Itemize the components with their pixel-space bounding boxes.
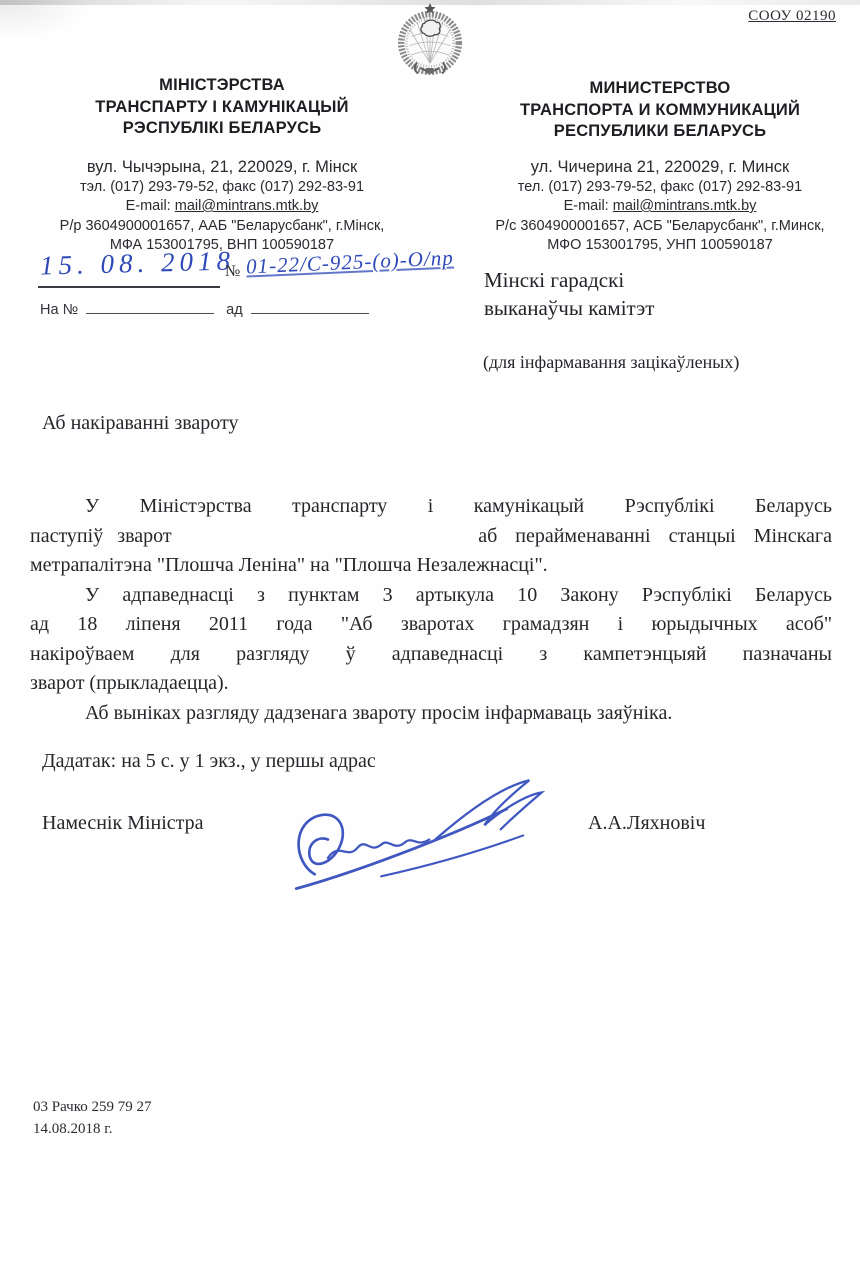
address-line: вул. Чычэрына, 21, 220029, г. Мінск	[52, 157, 392, 178]
scanned-letter-page: СООУ 02190 МІНІСТЭРСТВА ТРАНСПАРТУ І К	[0, 0, 860, 1280]
email-label: E-mail:	[564, 198, 613, 214]
body-line: накіроўваем для разгляду ў адпаведнасці …	[30, 640, 832, 670]
executor-footer: 03 Рачко 259 79 27 14.08.2018 г.	[33, 1096, 151, 1140]
address-line: ул. Чичерина 21, 220029, г. Минск	[478, 157, 842, 178]
ministry-line: МИНИСТЕРСТВО	[478, 78, 842, 100]
addressee-block: Мінскі гарадскі выканаўчы камітэт	[484, 266, 844, 322]
ministry-name-belarusian: МІНІСТЭРСТВА ТРАНСПАРТУ І КАМУНІКАЦЫЙ РЭ…	[52, 75, 392, 140]
email-label: E-mail:	[126, 198, 175, 214]
addressee-line: Мінскі гарадскі	[484, 266, 844, 294]
incoming-date-blank	[251, 300, 369, 314]
email-line: E-mail: mail@mintrans.mtk.by	[52, 197, 392, 217]
scan-artifact-corner	[0, 0, 90, 40]
email-address: mail@mintrans.mtk.by	[175, 198, 319, 214]
body-line-with-redaction-gap: паступіў зварот аб перайменаванні станцы…	[30, 522, 832, 552]
handwritten-date: 15. 08. 2018	[40, 245, 236, 281]
letter-body: У Міністэрства транспарту і камунікацый …	[30, 492, 832, 728]
body-line: метрапалітэна "Плошча Леніна" на "Плошча…	[30, 551, 832, 581]
na-no-label: На №	[40, 302, 78, 318]
ministry-line: МІНІСТЭРСТВА	[52, 75, 392, 97]
bank-line: Р/р 3604900001657, ААБ "Беларусбанк", г.…	[52, 217, 392, 237]
ministry-line: РЕСПУБЛИКИ БЕЛАРУСЬ	[478, 121, 842, 143]
header-left-column: МІНІСТЭРСТВА ТРАНСПАРТУ І КАМУНІКАЦЫЙ РЭ…	[52, 75, 392, 256]
handwritten-outgoing-number: 01-22/С-925-(о)-О/пр	[246, 245, 455, 279]
header-right-column: МИНИСТЕРСТВО ТРАНСПОРТА И КОММУНИКАЦИЙ Р…	[478, 78, 842, 256]
incoming-number-blank	[86, 300, 214, 314]
ministry-line: РЭСПУБЛІКІ БЕЛАРУСЬ	[52, 118, 392, 140]
body-line: У Міністэрства транспарту і камунікацый …	[30, 492, 832, 522]
email-line: E-mail: mail@mintrans.mtk.by	[478, 197, 842, 217]
contact-block-russian: ул. Чичерина 21, 220029, г. Минск тел. (…	[478, 157, 842, 256]
body-line-fragment: аб перайменаванні станцыі Мінскага	[478, 522, 832, 552]
subject-line: Аб накіраванні звароту	[42, 412, 239, 435]
body-line: Аб выніках разгляду дадзенага звароту пр…	[30, 699, 832, 729]
addressee-note: (для інфармавання зацікаўленых)	[483, 352, 853, 373]
body-line: ад 18 ліпеня 2011 года "Аб зваротах грам…	[30, 610, 832, 640]
incoming-reference-row: На №ад	[40, 300, 369, 318]
attachment-note: Дадатак: на 5 с. у 1 экз., у першы адрас	[42, 750, 376, 773]
email-address: mail@mintrans.mtk.by	[613, 198, 757, 214]
signer-name: А.А.Ляхновіч	[588, 812, 705, 835]
ad-label: ад	[226, 302, 243, 318]
phone-line: тел. (017) 293-79-52, факс (017) 292-83-…	[478, 178, 842, 198]
bank-line: Р/с 3604900001657, АСБ "Беларусбанк", г.…	[478, 217, 842, 237]
number-sign: №	[225, 263, 240, 281]
body-line: У адпаведнасці з пунктам 3 артыкула 10 З…	[30, 581, 832, 611]
ministry-line: ТРАНСПОРТА И КОММУНИКАЦИЙ	[478, 100, 842, 122]
doc-code: СООУ 02190	[748, 8, 836, 25]
phone-line: тэл. (017) 293-79-52, факс (017) 292-83-…	[52, 178, 392, 198]
date-underline	[38, 286, 220, 288]
ministry-name-russian: МИНИСТЕРСТВО ТРАНСПОРТА И КОММУНИКАЦИЙ Р…	[478, 78, 842, 143]
reference-block: 15. 08. 2018 № 01-22/С-925-(о)-О/пр На №…	[38, 248, 468, 328]
codes-line: МФО 153001795, УНП 100590187	[478, 236, 842, 256]
belarus-coat-of-arms-icon	[392, 3, 468, 81]
executor-line: 03 Рачко 259 79 27	[33, 1096, 151, 1118]
ministry-line: ТРАНСПАРТУ І КАМУНІКАЦЫЙ	[52, 97, 392, 119]
signer-position: Намеснік Міністра	[42, 812, 204, 835]
contact-block-belarusian: вул. Чычэрына, 21, 220029, г. Мінск тэл.…	[52, 157, 392, 256]
body-line-fragment: паступіў зварот	[30, 522, 172, 552]
body-line: зварот (прыкладаецца).	[30, 669, 832, 699]
footer-date: 14.08.2018 г.	[33, 1118, 151, 1140]
handwritten-signature-icon	[284, 772, 560, 904]
addressee-line: выканаўчы камітэт	[484, 294, 844, 322]
